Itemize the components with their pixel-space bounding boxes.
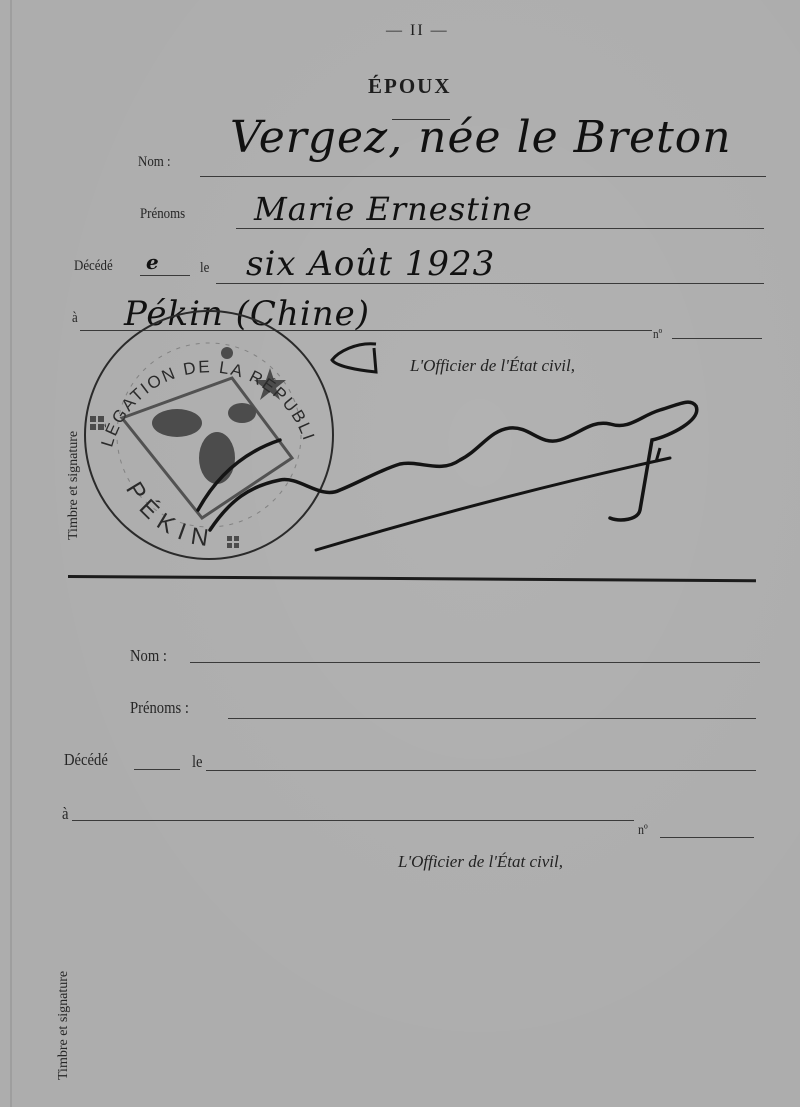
prenoms-value: Marie Ernestine [254,190,533,228]
a-label: à [72,310,78,327]
blank-nom-label-text: Nom : [130,646,167,665]
nom-label: Nom : [138,154,171,171]
page-edge [10,0,12,1107]
blank-decede-label: Décédé [64,750,108,770]
document-page: — II — ÉPOUX Nom : Vergez, née le Breton… [0,0,800,1107]
blank-nom-label: Nom : [130,646,167,666]
blank-le-label: le [192,752,203,772]
paraph-mark [326,338,396,378]
blank-officer-label: L'Officier de l'État civil, [398,852,563,872]
no-label: nº [653,326,662,342]
no-line [672,338,762,339]
blank-decede-suffix-line[interactable] [134,769,180,770]
blank-date-line[interactable] [206,770,756,771]
decede-suffix-line [140,275,190,276]
blank-prenoms-line[interactable] [228,718,756,719]
page-title: ÉPOUX [368,74,452,99]
nom-value: Vergez, née le Breton [230,112,732,163]
decede-suffix: e [146,250,160,274]
page-number: — II — [386,22,449,40]
svg-text:Maurel Seau...: Maurel Seau... [290,409,297,411]
blank-nom-line[interactable] [190,662,760,663]
blank-no-line[interactable] [660,837,754,838]
nom-line [200,176,766,177]
le-label: le [200,260,209,277]
prenoms-label: Prénoms [140,206,185,223]
section-divider [68,575,756,582]
prenoms-line [236,228,764,229]
stamp-label: Timbre et signature [66,431,82,540]
officer-signature-icon: Maurel Seau... [190,390,710,560]
decede-label: Décédé [74,258,113,275]
blank-a-label: à [62,804,68,824]
date-value: six Août 1923 [246,244,495,284]
blank-prenoms-label: Prénoms : [130,698,189,718]
blank-no-label: nº [638,823,648,839]
officer-label: L'Officier de l'État civil, [410,356,575,376]
blank-stamp-label: Timbre et signature [56,971,72,1080]
blank-place-line[interactable] [72,820,634,821]
